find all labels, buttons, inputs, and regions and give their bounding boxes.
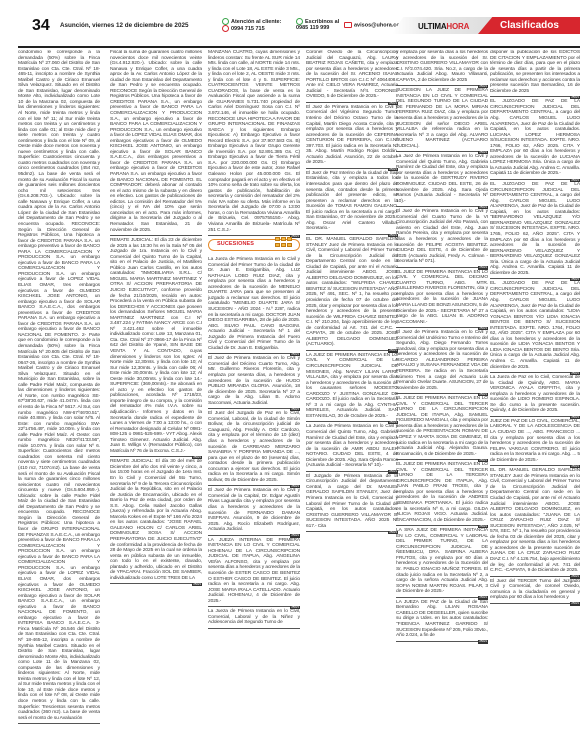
contact-label: Atención al cliente: xyxy=(231,19,281,25)
whatsapp-icon xyxy=(296,18,303,25)
column-6: disponer la publicación de los EDICTOS D… xyxy=(490,50,580,730)
ad-text: LA JUEZA DE PAZ de la Ciudad de San Bern… xyxy=(396,600,488,638)
ad-text: La Juez de Primera Instancia en lo Civil… xyxy=(396,154,488,203)
classified-ad: La Juez de Primera Instancia en lo Civil… xyxy=(396,154,488,207)
ad-text: EL JUZGADO DE PAZ DE LA CIRCUNSCRIPCION … xyxy=(490,182,580,276)
classified-ad: EL JUZGADO DE PAZ DE LA CIRCUNSCRIPCION … xyxy=(490,99,580,180)
column-4: Coronel Oviedo de la Circunscripción Jud… xyxy=(306,50,398,730)
ad-text: EL JUEZ DE PRIMERA INSTANCIA EN LO CIVIL… xyxy=(396,396,488,456)
ad-text: y emplaza por sesenta días a los hereder… xyxy=(396,50,488,83)
column-1: condominio le corresponde a la demandada… xyxy=(18,50,100,730)
classified-ad: El Juez de Primera Instancia en lo Civil… xyxy=(208,488,300,535)
ad-text: REMATE JUDICIAL: El día 30 del mes de Di… xyxy=(110,459,202,580)
classified-ad: El Juez del Juzgado de Paz en lo Civil, … xyxy=(208,411,300,486)
ad-text: EL JUEZ DE PRIMERA INSTANCIA EN LO CIVIL… xyxy=(396,270,488,325)
ad-text: SUCESION LA JUEZ DE PRIMERA INSTANCIA EN… xyxy=(396,88,488,148)
ad-text: REMATE JUDICIAL: El día 23 de diciembre … xyxy=(110,238,202,454)
ad-text: El Juez de Primera Instancia en lo Civil… xyxy=(396,209,488,264)
classified-ad: El Juez del TERCER Turno del Juzgado Civ… xyxy=(490,579,580,604)
classified-ad: El Juez de Primera Instancia en lo Civil… xyxy=(396,330,488,394)
classified-ad: JUEZ DE PAZ DE LO CIVIL, COMERCIAL, LABO… xyxy=(490,419,580,466)
ad-text: disponer la publicación de los EDICTOS D… xyxy=(490,50,580,94)
contact-phone[interactable]: 0994 715 715 xyxy=(231,26,265,32)
ad-text: El Juez de Primera Instancia en lo Civil… xyxy=(208,356,300,405)
ad-text: La Jueza de Paz en lo Civil, Comercial d… xyxy=(490,375,580,413)
column-2: Fiscal la suma de guaraníes cuatro millo… xyxy=(110,50,202,730)
contact-label: Escribinos al xyxy=(305,19,339,25)
classified-ad: LA JUEZ DE PRIMERA INSTANCIA EN LO CIVIL… xyxy=(306,353,398,423)
ad-text: La Jueza de Primera Instancia en lo Civi… xyxy=(208,257,300,351)
classified-ad: MANZANA CUATRO, cuyas dimensiones y lind… xyxy=(208,50,300,236)
classified-ad: EL DR. MANUEL GERALDO SAIFILDIN STANLEY … xyxy=(490,468,580,576)
classified-ad: El Juzgado de Primera Instancia de la Ci… xyxy=(306,474,398,532)
ad-text: condominio le corresponde a la demandada… xyxy=(18,50,100,721)
email-icon xyxy=(344,22,352,28)
classified-ad: EL DR. MANUEL GERALDO SAIFILDIN STANLEY … xyxy=(306,237,398,351)
page-header: 34 Asunción, viernes 12 de diciembre de … xyxy=(0,0,580,34)
ad-code: 25021 xyxy=(478,640,488,643)
contact-phone[interactable]: 0985 119 999 xyxy=(296,25,329,31)
classified-ad: La Jueza de Primera Instancia en lo Civi… xyxy=(208,609,300,629)
classified-ad: LA JUEZA INTERINA DE PRIMERA INSTANCIA E… xyxy=(208,538,300,608)
section-label: SUCESIONES xyxy=(217,242,254,248)
classified-ad: El Juez de Primera Instancia en lo Civil… xyxy=(396,209,488,267)
ad-text: MANZANA CUATRO, cuyas dimensiones y lind… xyxy=(208,50,300,233)
ad-text: EL JUZGADO DE PAZ DE LA CIRCUNSCRIPCION … xyxy=(490,281,580,369)
ad-text: EL DR. MANUEL GERALDO SAIFILDIN STANLEY … xyxy=(306,237,398,347)
classified-ad: La Jueza de Paz en lo Civil, Comercial d… xyxy=(490,375,580,417)
ad-text: El Juzgado de Primera Instancia de la Ci… xyxy=(306,474,398,529)
header-divider xyxy=(18,46,580,48)
ad-text: LA SRA JUEZ DE PRIMERA INSTANCIA EN LO C… xyxy=(396,528,488,594)
classified-ad: LA SRA JUEZ DE PRIMERA INSTANCIA EN LO C… xyxy=(396,528,488,598)
ad-text: La Jueza de Primera Instancia en lo Civi… xyxy=(208,609,300,625)
ad-text: Fiscal la suma de guaraníes cuatro millo… xyxy=(110,50,202,233)
classified-ad: condominio le corresponde a la demandada… xyxy=(18,50,100,724)
classifieds-columns: condominio le corresponde a la demandada… xyxy=(18,50,580,756)
ad-text: El Juez de Paz Interino de la ciudad de … xyxy=(306,171,398,231)
houses-icon xyxy=(275,237,293,251)
classified-ad: Coronel Oviedo de la Circunscripción Jud… xyxy=(306,50,398,103)
classified-ad: EL JUEZ DE PRIMERA INSTANCIA EN LO CIVIL… xyxy=(396,270,488,328)
ad-text: La Jueza de Primera Instancia en lo Civi… xyxy=(306,424,398,468)
column-5: y emplaza por sesenta días a los hereder… xyxy=(396,50,488,730)
section-title: Clasificados xyxy=(478,17,580,34)
classified-ad: La Jueza de Primera Instancia en lo Civi… xyxy=(306,424,398,471)
classified-ad: y emplaza por sesenta días a los hereder… xyxy=(396,50,488,86)
write-us-contact: Escribinos al 0985 119 999 xyxy=(296,18,339,32)
classified-ad: EL JUZGADO DE PAZ DE LA CIRCUNSCRIPCION … xyxy=(490,182,580,279)
classified-ad: EL JUZGADO DE PAZ DE LA CIRCUNSCRIPCION … xyxy=(490,281,580,373)
classified-ad: EL JUEZ DE PRIMERA INSTANCIA EN LO CIVIL… xyxy=(396,396,488,460)
classified-ad: REMATE JUDICIAL: El día 23 de diciembre … xyxy=(110,238,202,457)
ad-text: El Juez del TERCER Turno del Juzgado Civ… xyxy=(490,579,580,601)
classified-ad: El Juez de Primera Instancia en lo Civil… xyxy=(306,105,398,169)
classified-ad: El Juez de Paz Interino de la ciudad de … xyxy=(306,171,398,235)
column-3: MANZANA CUATRO, cuyas dimensiones y lind… xyxy=(208,50,300,730)
classified-ad: LA JUEZA DE PAZ de la Ciudad de San Bern… xyxy=(396,600,488,642)
ad-code: 25021 xyxy=(192,583,202,586)
date-line: Asunción, viernes 12 de diciembre de 202… xyxy=(60,22,188,29)
classified-ad: El Juez de Primera Instancia en lo Civil… xyxy=(208,356,300,409)
whatsapp-icon xyxy=(222,18,229,25)
ad-code: 25021 xyxy=(570,602,580,605)
ad-text: LA JUEZ DE PRIMERA INSTANCIA EN LO CIVIL… xyxy=(306,353,398,419)
brand-logo: ULTIMAHORA xyxy=(418,22,469,31)
ad-text: EL JUZGADO DE PAZ DE LA CIRCUNSCRIPCION … xyxy=(490,99,580,176)
customer-service-contact: Atención al cliente: 0994 715 715 xyxy=(222,18,281,33)
classified-ad: disponer la publicación de los EDICTOS D… xyxy=(490,50,580,97)
ad-text: JUEZ DE PAZ DE LO CIVIL, COMERCIAL, LABO… xyxy=(490,419,580,463)
sucesiones-banner: SUCESIONES xyxy=(208,239,300,251)
ad-text: LA JUEZA INTERINA DE PRIMERA INSTANCIA E… xyxy=(208,538,300,604)
brand-hora: HORA xyxy=(446,22,469,31)
brand-ultima: ULTIMA xyxy=(418,22,446,31)
ad-text: EL JUEZ DE PRIMERA INSTANCIA EN LO CIVIL… xyxy=(396,462,488,522)
ad-text: Coronel Oviedo de la Circunscripción Jud… xyxy=(306,50,398,99)
classified-ad: La Jueza de Primera Instancia en lo Civi… xyxy=(208,257,300,354)
ad-text: El Juez de Primera Instancia en lo Civil… xyxy=(396,330,488,390)
ad-text: El Juez de Primera Instancia en lo Civil… xyxy=(306,105,398,165)
ad-text: El Juez de Primera Instancia en lo Civil… xyxy=(208,488,300,532)
classified-ad: Fiscal la suma de guaraníes cuatro millo… xyxy=(110,50,202,236)
page-number: 34 xyxy=(32,17,50,35)
classified-ad: REMATE JUDICIAL: El día 30 del mes de Di… xyxy=(110,459,202,584)
classified-ad: EL JUEZ DE PRIMERA INSTANCIA EN LO CIVIL… xyxy=(396,462,488,526)
phone-icon xyxy=(222,25,229,32)
classified-ad: SUCESION LA JUEZ DE PRIMERA INSTANCIA EN… xyxy=(396,88,488,152)
ad-text: EL DR. MANUEL GERALDO SAIFILDIN STANLEY … xyxy=(490,468,580,573)
ad-text: El Juez del Juzgado de Paz en lo Civil, … xyxy=(208,411,300,483)
